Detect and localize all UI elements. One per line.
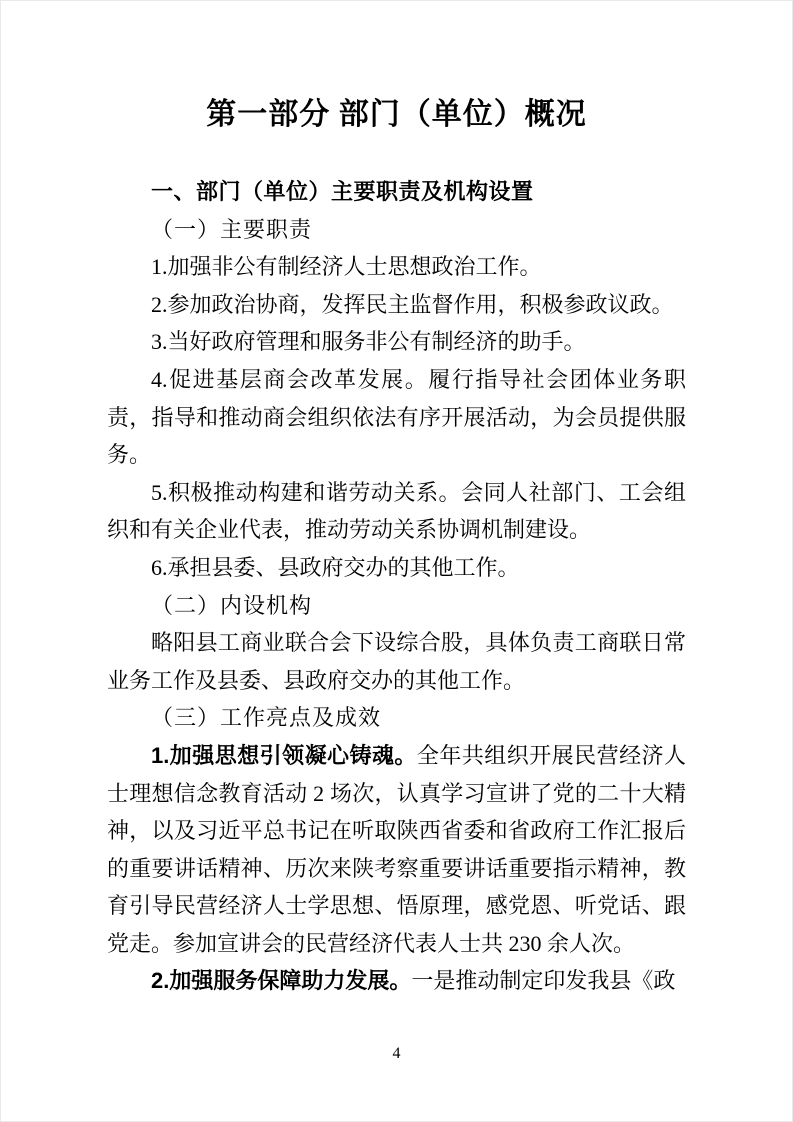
paragraph-bold-lead: 1.加强思想引领凝心铸魂。 bbox=[151, 743, 417, 768]
sub-heading: （二）内设机构 bbox=[107, 587, 686, 625]
document-page: 第一部分 部门（单位）概况 一、部门（单位）主要职责及机构设置（一）主要职责1.… bbox=[0, 0, 793, 1122]
section-heading: 一、部门（单位）主要职责及机构设置 bbox=[107, 173, 686, 211]
paragraph: 4.促进基层商会改革发展。履行指导社会团体业务职责，指导和推动商会组织依法有序开… bbox=[107, 361, 686, 474]
document-body: 一、部门（单位）主要职责及机构设置（一）主要职责1.加强非公有制经济人士思想政治… bbox=[107, 173, 686, 1000]
paragraph: 5.积极推动构建和谐劳动关系。会同人社部门、工会组织和有关企业代表，推动劳动关系… bbox=[107, 474, 686, 549]
paragraph-bold-lead: 2.加强服务保障助力发展。 bbox=[151, 968, 411, 993]
page-number: 4 bbox=[1, 1045, 792, 1063]
paragraph: 2.加强服务保障助力发展。一是推动制定印发我县《政 bbox=[107, 962, 686, 1000]
paragraph: 略阳县工商业联合会下设综合股，具体负责工商联日常业务工作及县委、县政府交办的其他… bbox=[107, 624, 686, 699]
paragraph: 1.加强思想引领凝心铸魂。全年共组织开展民营经济人士理想信念教育活动 2 场次，… bbox=[107, 737, 686, 963]
sub-heading: （一）主要职责 bbox=[107, 211, 686, 249]
sub-heading: （三）工作亮点及成效 bbox=[107, 699, 686, 737]
paragraph: 1.加强非公有制经济人士思想政治工作。 bbox=[107, 248, 686, 286]
page-title: 第一部分 部门（单位）概况 bbox=[107, 1, 686, 137]
paragraph: 2.参加政治协商，发挥民主监督作用，积极参政议政。 bbox=[107, 286, 686, 324]
paragraph: 3.当好政府管理和服务非公有制经济的助手。 bbox=[107, 323, 686, 361]
paragraph: 6.承担县委、县政府交办的其他工作。 bbox=[107, 549, 686, 587]
